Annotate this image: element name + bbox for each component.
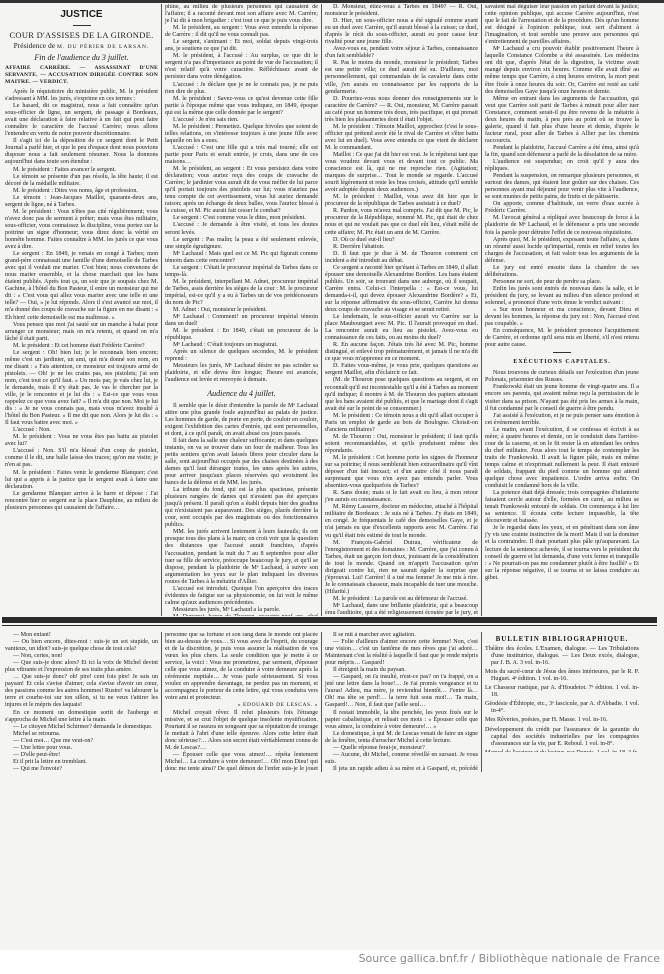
paragraph: R. Pas le moins du monde, monsieur le pr… — [325, 60, 478, 95]
paragraph: Il s'agit ici de la déposition de ce ser… — [5, 138, 158, 166]
paragraph: Nous trouvons de curieux détails sur l'e… — [485, 370, 639, 384]
paragraph: — Que suis-je donc alors? Et ici la voix… — [5, 660, 158, 674]
paragraph: En conséquence, M. le président prononce… — [485, 328, 639, 349]
paragraph: L'audience est suspendue; on croit qu'il… — [485, 159, 639, 173]
paragraph: L'accusé : C'est une fille qui a très ma… — [165, 145, 318, 166]
paragraph: D. Pourriez-vous nous donner des renseig… — [325, 96, 478, 124]
top-rule — [0, 0, 664, 3]
paragraph: — Une lettre pour vous. — [5, 745, 158, 752]
paragraph: Personne ne sort, de peur de perdre sa p… — [485, 279, 639, 286]
court-name: COUR D'ASSISES DE LA GIRONDE. — [5, 30, 158, 41]
paragraph: Même en entrant dans les arguments de l'… — [485, 96, 639, 145]
paragraph: D. Il faut que je dise à M. de Thouron c… — [325, 251, 478, 265]
paragraph: M. le président : Faites venir le gendar… — [5, 470, 158, 491]
paragraph: En ce moment un domestique sortit de l'a… — [5, 710, 158, 724]
paragraph: M. le président : Vous n'êtes pas cité r… — [5, 209, 158, 251]
bib-entry: Théâtre des écoles. L'Examen, dialogue. … — [485, 646, 639, 667]
paragraph: — Aucune, dit Michel, comme réveillé en … — [325, 752, 478, 766]
paragraph: Le sergent : C'était le procureur impéri… — [165, 265, 318, 279]
paragraph: L'accusé : Je demande à être visité, et … — [165, 222, 318, 236]
paragraph: Et il prit la lettre en tremblant. — [5, 759, 158, 766]
paragraph: L'accusé : Non. — [5, 427, 158, 434]
presidency: Présidence de M. DU PÉRIER DE LARSAN. — [5, 41, 158, 52]
paragraph: M. Duperrat, baron de Thouron, quarante-… — [165, 614, 318, 616]
paragraph: Vous pensez que moi j'ai sauté sur un ma… — [5, 322, 158, 343]
paragraph: M. le président : Et cet homme était Fré… — [5, 343, 158, 350]
paragraph: R. En aucune façon. J'étais très lié ave… — [325, 342, 478, 363]
column-1: JUSTICE COUR D'ASSISES DE LA GIRONDE. Pr… — [2, 4, 162, 616]
paragraph: M. l'avocat général a répliqué avec beau… — [485, 215, 639, 236]
paragraph: D. Faites vous-même, je vous prie, quelq… — [325, 363, 478, 377]
section-rule — [553, 352, 571, 353]
paragraph: Le gendarme Blanquer arrive à la barre e… — [5, 491, 158, 512]
paragraph: M. le président : Permettez. Quelque fri… — [165, 124, 318, 145]
paragraph: M. le président : Ce témoin nous a dit q… — [325, 413, 478, 434]
paragraph: L'accusé : Je n'en sais rien. — [165, 117, 318, 124]
paragraph: Le sergent : Oh! bien lui; je le reconna… — [5, 350, 158, 428]
paragraph: Après le réquisitoire du ministère publi… — [5, 89, 158, 103]
paragraph: — D'elle peut-être! — [5, 752, 158, 759]
bibliography-column: BULLETIN BIBLIOGRAPHIQUE. Théâtre des éc… — [482, 632, 642, 752]
paragraph: M. de Thouron : Oui, monsieur le préside… — [325, 434, 478, 455]
paragraph: M. le président, interpellant M. Adnet, … — [165, 279, 318, 307]
column-4: savaient mal déguiser leur passion en pa… — [482, 4, 642, 616]
paragraph: Pendant la plaidoirie, l'accusé Carrère … — [485, 145, 639, 159]
divider-thin-rule — [2, 625, 657, 626]
paragraph: M. le président : La parole est au défen… — [325, 596, 478, 603]
letter-signature: » EDOUARD DE LESCAS. » — [165, 702, 318, 709]
paragraph: Mᵉ Lachaud : Comment! un procureur impér… — [165, 314, 318, 328]
upper-section: JUSTICE COUR D'ASSISES DE LA GIRONDE. Pr… — [2, 4, 657, 616]
bib-entry: Géodésie d'Éthiopie, etc., 3ᵉ fascicule,… — [485, 701, 639, 715]
paragraph: personne que sa fortune et son rang dans… — [165, 632, 318, 702]
section-title: JUSTICE — [5, 8, 158, 22]
paragraph: — Ou bien encore, dites-moi : suis-je un… — [5, 639, 158, 653]
paragraph: D. Hier, un sous-officier nous a été sig… — [325, 18, 478, 46]
paragraph: R. Derrière l'abattoir. — [325, 244, 478, 251]
paragraph: M. le président : Cet homme porte les si… — [325, 455, 478, 490]
case-header: AFFAIRE CARRÈRE. — ASSASSINAT D'UNE SERV… — [5, 65, 158, 86]
paragraph: M. Rémy Lasserre, docteur en médecine, a… — [325, 504, 478, 539]
title-rule — [73, 25, 91, 26]
paragraph: Le témoin : Jean-Jacques Maillot, quaran… — [5, 195, 158, 209]
session-subheading: Audience du 4 juillet. — [165, 388, 318, 400]
bib-entry: Manuel de l'orateur et du lecteur, par D… — [485, 750, 639, 752]
paragraph: M. le président : Dites vos noms, âge et… — [5, 188, 158, 195]
paragraph: — Non, certes, non! — [5, 653, 158, 660]
source-credit: Source gallica.bnf.fr / Bibliothèque nat… — [359, 952, 660, 965]
paragraph: Avez-vous eu, pendant votre séjour à Tar… — [325, 46, 478, 60]
paragraph: Enfin les jurés sont entrés de nouveau d… — [485, 286, 639, 307]
paragraph: (M. de Thouron pose quelques questions a… — [325, 377, 478, 412]
paragraph: — Gaspard, on t'a insulté, n'est-ce pas?… — [325, 674, 478, 709]
paragraph: R. Sans doute; mais si le fait avait eu … — [325, 490, 478, 504]
paragraph: MM. les jurés arrivent lentement à leurs… — [165, 529, 318, 585]
paragraph: savaient mal déguiser leur passion en pa… — [485, 4, 639, 46]
paragraph: M. le président : Vous ne vous êtes pas … — [5, 434, 158, 448]
paragraph: On apporte, comme d'habitude, un verre d… — [485, 201, 639, 215]
paragraph: M. Adnet : Oui, monsieur le président. — [165, 307, 318, 314]
bib-entry: Mes Rêveries, poésies, par H. Masse. 1 v… — [485, 717, 639, 724]
paragraph: Frankowski était un jeune homme de vingt… — [485, 384, 639, 412]
bib-entry: Mois du sacré-cœur de Jésus des âmes int… — [485, 669, 639, 683]
column-3: D. Monsieur, étiez-vous à Tarbes en 1849… — [322, 4, 482, 616]
paragraph: « Sur mon honneur et ma conscience, deva… — [485, 307, 639, 328]
paragraph: M. le président : Témoin Maillot, approc… — [325, 124, 478, 152]
paragraph: Le hasard, dit ce magistrat, nous a fait… — [5, 103, 158, 138]
paragraph: M. le président : En 1849, c'était un pr… — [165, 328, 318, 342]
paragraph: Je le regardai dans les yeux, et en péné… — [485, 525, 639, 581]
paragraph: Il se mit à marcher avec agitation. — [325, 632, 478, 639]
bib-entry: Développement du crédit par l'assurance … — [485, 727, 639, 748]
paragraph: L'accusé est introduit. Quoique l'on ape… — [165, 586, 318, 607]
session-date: Fin de l'audience du 3 juillet. — [5, 52, 158, 63]
paragraph: Le sergent : En 1849, je venais en congé… — [5, 251, 158, 321]
paragraph: Il fait dans la salle une chaleur suffoc… — [165, 438, 318, 487]
paragraph: Le témoin se présente d'un pas résolu, l… — [5, 174, 158, 188]
executions-heading: EXÉCUTIONS CAPITALES. — [485, 359, 639, 366]
divider-thick-rule — [2, 617, 657, 623]
column-2: phine, au milieu de plusieurs personnes … — [162, 4, 322, 616]
paragraph: Le domestique, à qui M. de Lescas venait… — [325, 731, 478, 745]
feuilleton-column-2: personne que sa fortune et son rang dans… — [162, 632, 322, 772]
paragraph: M. François-Gabriel Dutrau, vérificateur… — [325, 540, 478, 596]
paragraph: Michel croyait rêver. Il relut plusieurs… — [165, 710, 318, 752]
paragraph: Le matin, avant l'exécution, il se confe… — [485, 427, 639, 490]
paragraph: — Quelle réponse ferai-je, monsieur? — [325, 745, 478, 752]
paragraph: M. le président, à l'accusé : Au surplus… — [165, 53, 318, 81]
paragraph: La potence était déjà dressée; trois com… — [485, 490, 639, 525]
paragraph: — Qui me l'envoie? — [5, 766, 158, 772]
presidency-name: M. DU PÉRIER DE LARSAN. — [57, 44, 149, 50]
paragraph: — Le citoyen Michel Schirmer? demanda le… — [5, 724, 158, 731]
paragraph: — Mon enfant! — [5, 632, 158, 639]
paragraph: — C'est moi… Que me veut-on? — [5, 738, 158, 745]
paragraph: Le lendemain, le sous-officier aurait vu… — [325, 314, 478, 342]
paragraph: Maillot : Ce que j'ai dit hier est vrai.… — [325, 152, 478, 194]
paragraph: Michel se retourna. — [5, 731, 158, 738]
paragraph: Mᵉ Lachaud, dans une brillante plaidoiri… — [325, 603, 478, 616]
paragraph: D. Où ce duel eut-il lieu? — [325, 237, 478, 244]
paragraph: R. Pardon, vous m'avez mal compris. J'ai… — [325, 208, 478, 236]
paragraph: Messieurs les jurés, Mᵉ Lachaud a la par… — [165, 607, 318, 614]
paragraph: Après un silence de quelques secondes, M… — [165, 349, 318, 363]
bib-entry: Le Chasseur rustique, par A. d'Houdetot.… — [485, 685, 639, 699]
paragraph: L'accusé : Non. S'il m'a blessé d'un cou… — [5, 448, 158, 469]
feuilleton-divider — [2, 617, 657, 628]
paragraph: phine, au milieu de plusieurs personnes … — [165, 4, 318, 25]
paragraph: Ce sergent a raconté hier qu'étant à Tar… — [325, 265, 478, 314]
paragraph: Mᵉ Lachaud a cru pouvoir établir positiv… — [485, 46, 639, 95]
paragraph: M. le président : Maillot, vous avez dit… — [325, 194, 478, 208]
paragraph: M. le président : Savez-vous ce qu'est d… — [165, 96, 318, 117]
paragraph: Mᵉ Lachaud : C'était toujours un magistr… — [165, 342, 318, 349]
feuilleton-column-1: — Mon enfant! — Ou bien encore, dites-mo… — [2, 632, 162, 772]
paragraph: — Folie d'ailleurs d'aimer encore cette … — [325, 639, 478, 667]
paragraph: Le sergent : Pas malin; la peau a été se… — [165, 237, 318, 251]
paragraph: Il restait immobile, la tête penchée, le… — [325, 710, 478, 731]
presidency-prefix: Présidence de — [14, 41, 55, 50]
paragraph: — Épouser celle que vous aimez!… répéta … — [165, 752, 318, 772]
feuilleton-column-3: Il se mit à marcher avec agitation. — Fo… — [322, 632, 482, 772]
paragraph: M. le président, au sergent : Vous avez … — [165, 25, 318, 39]
bulletin-heading: BULLETIN BIBLIOGRAPHIQUE. — [485, 636, 639, 643]
newspaper-page: JUSTICE COUR D'ASSISES DE LA GIRONDE. Pr… — [0, 0, 664, 950]
lower-section: — Mon enfant! — Ou bien encore, dites-mo… — [2, 632, 657, 932]
paragraph: Le jury est entré ensuite dans la chambr… — [485, 265, 639, 279]
paragraph: Messieurs les jurés, Mᵉ Lachaud désire n… — [165, 363, 318, 384]
paragraph: Il jeta un rapide adieu à sa mère et à G… — [325, 766, 478, 772]
paragraph: Le sergent : C'est comme vous le dites, … — [165, 215, 318, 222]
paragraph: Le sergent, s'animant : Et moi, soldat d… — [165, 39, 318, 53]
paragraph: Après quoi, M. le président, exposant to… — [485, 237, 639, 265]
paragraph: L'accusé : Je déclare que je ne le conna… — [165, 82, 318, 96]
paragraph: M. le président, au sergent : Et vous pe… — [165, 166, 318, 215]
paragraph: D. Monsieur, étiez-vous à Tarbes en 1849… — [325, 4, 478, 18]
paragraph: Pendant la suspension, on remarque plusi… — [485, 173, 639, 201]
paragraph: … Que suis-je donc? oh! pire! cent fois … — [5, 674, 158, 709]
paragraph: Mᵉ Lachaud : Mais quel est ce M. Pic qui… — [165, 251, 318, 265]
paragraph: M. le président : Faites avancer le serg… — [5, 167, 158, 174]
paragraph: La tribune du fond, qui est la plus spac… — [165, 487, 318, 529]
paragraph: Il semble que le désir d'entendre la par… — [165, 403, 318, 438]
paragraph: J'ai assisté à l'exécution, et je ne pui… — [485, 413, 639, 427]
